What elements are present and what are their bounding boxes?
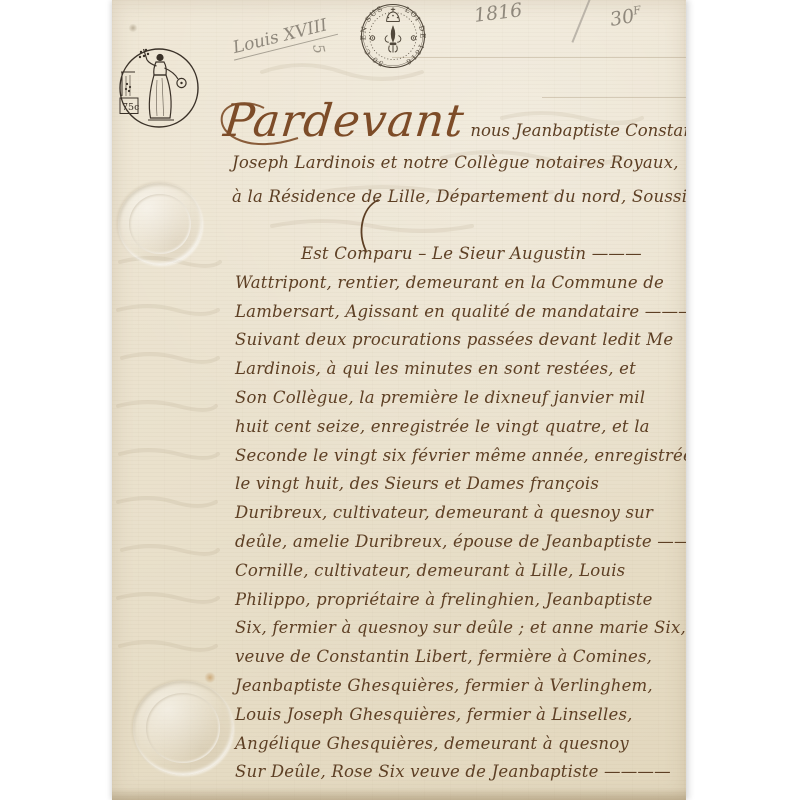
stamp-right-text: LOI DE 1816 (403, 5, 427, 67)
svg-text:LOI DE 1816: LOI DE 1816 (403, 5, 427, 67)
opening-line: Pardevantnous Jeanbaptiste Constant (224, 94, 686, 147)
manuscript-line: Jeanbaptiste Ghesquières, fermier à Verl… (235, 672, 683, 701)
allegorical-figure-icon (139, 49, 186, 120)
manuscript-line: Lambersart, Agissant en qualité de manda… (235, 298, 683, 327)
stain-spot (128, 24, 138, 32)
manuscript-line: Sur Deûle, Rose Six veuve de Jeanbaptist… (235, 758, 683, 787)
manuscript-line: Six, fermier à quesnoy sur deûle ; et an… (235, 614, 683, 643)
fleur-de-lis-icon (385, 27, 401, 53)
manuscript-line: veuve de Constantin Libert, fermière à C… (235, 643, 683, 672)
manuscript-line: deûle, amelie Duribreux, épouse de Jeanb… (235, 528, 683, 557)
manuscript-line: Lardinois, à qui les minutes en sont res… (235, 355, 683, 384)
manuscript-line: Angélique Ghesquières, demeurant à quesn… (235, 730, 683, 759)
revenue-stamp-75c: 75c (117, 44, 201, 132)
header-lines: Joseph Lardinois et notre Collègue notai… (232, 146, 684, 214)
manuscript-line: Philippo, propriétaire à frelinghien, Je… (235, 586, 683, 615)
manuscript-line: Duribreux, cultivateur, demeurant à ques… (235, 499, 683, 528)
manuscript-line: Son Collègue, la première le dixneuf jan… (235, 384, 683, 413)
stain-spot (204, 672, 216, 683)
crease-line (392, 57, 686, 58)
opening-word: Pardevant (221, 94, 467, 147)
manuscript-line: Wattripont, rentier, demeurant en la Com… (235, 269, 683, 298)
embossed-seal-lower (133, 681, 233, 775)
manuscript-line: Seconde le vingt six février même année,… (235, 442, 683, 471)
manuscript-line: à la Résidence de Lille, Département du … (232, 180, 684, 214)
crown-icon (387, 8, 400, 22)
manuscript-line: huit cent seize, enregistrée le vingt qu… (235, 413, 683, 442)
body-lines: Wattripont, rentier, demeurant en la Com… (235, 269, 683, 787)
manuscript-line: Cornille, cultivateur, demeurant à Lille… (235, 557, 683, 586)
body-lines-container: Est Comparu – Le Sieur Augustin ——— Watt… (235, 240, 683, 787)
opening-rest: nous Jeanbaptiste Constant (470, 121, 686, 140)
stamp-value-label: 75c (122, 102, 139, 113)
scanned-document-background: 75c (0, 0, 800, 800)
manuscript-line: Joseph Lardinois et notre Collègue notai… (232, 146, 684, 180)
manuscript-line: Est Comparu – Le Sieur Augustin ——— (235, 240, 683, 269)
embossed-seal-upper (118, 183, 202, 265)
manuscript-line: Suivant deux procurations passées devant… (235, 326, 683, 355)
manuscript-line: le vingt huit, des Sieurs et Dames franç… (235, 470, 683, 499)
document-page: 75c (112, 0, 686, 800)
tax-stamp-50c-en-sus: 50 C. EN SUS LOI DE 1816 (355, 1, 431, 71)
manuscript-line: Louis Joseph Ghesquières, fermier à Lins… (235, 701, 683, 730)
